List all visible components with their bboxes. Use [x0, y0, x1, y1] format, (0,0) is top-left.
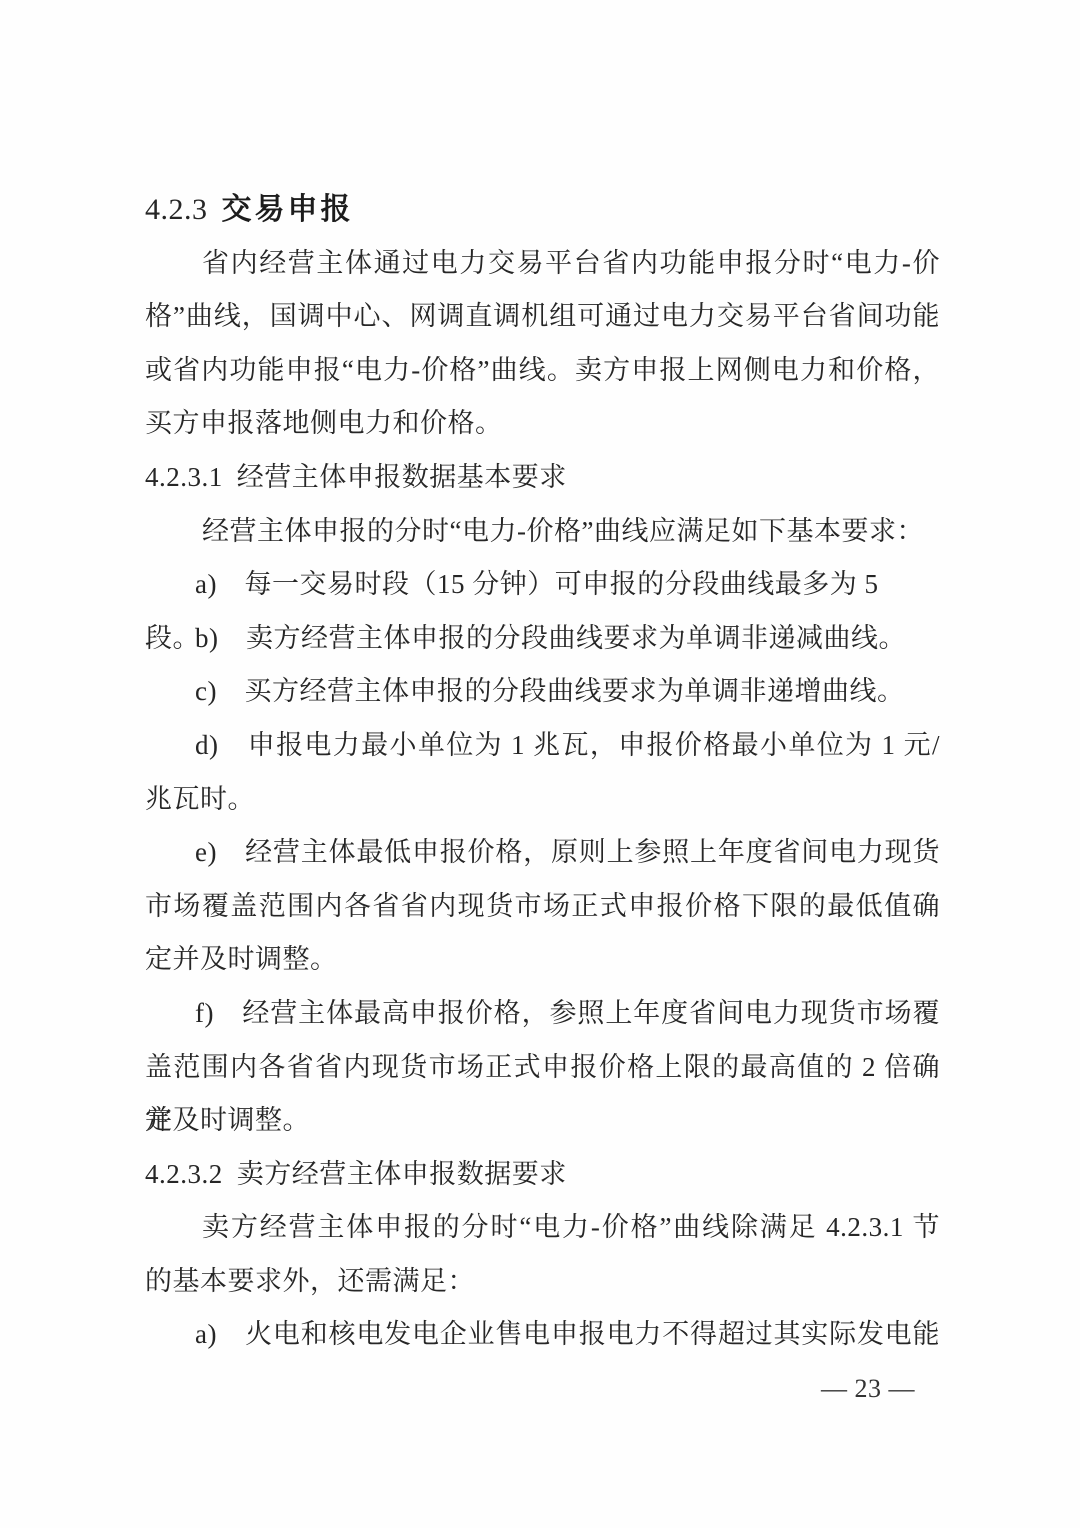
list-item-line: 并及时调整。 — [145, 1094, 940, 1148]
subsection-title: 卖方经营主体申报数据要求 — [237, 1159, 567, 1189]
document-page: 4.2.3交易申报 省内经营主体通过电力交易平台省内功能申报分时“电力-价 格”… — [0, 0, 1080, 1528]
list-item-line: 盖范围内各省省内现货市场正式申报价格上限的最高值的 2 倍确定 — [145, 1041, 940, 1095]
subsection-number: 4.2.3.1 — [145, 462, 223, 492]
subsection-number: 4.2.3.2 — [145, 1159, 223, 1189]
document-content: 4.2.3交易申报 省内经营主体通过电力交易平台省内功能申报分时“电力-价 格”… — [145, 183, 940, 1416]
list-item-line: e) 经营主体最低申报价格，原则上参照上年度省间电力现货 — [145, 826, 940, 880]
text-line: 卖方经营主体申报的分时“电力-价格”曲线除满足 4.2.3.1 节 — [145, 1201, 940, 1255]
list-item-line: a) 火电和核电发电企业售电申报电力不得超过其实际发电能 — [145, 1308, 940, 1362]
text-line: 或省内功能申报“电力-价格”曲线。卖方申报上网侧电力和价格， — [145, 344, 940, 398]
text-line: 省内经营主体通过电力交易平台省内功能申报分时“电力-价 — [145, 237, 940, 291]
subsection-heading: 4.2.3.1经营主体申报数据基本要求 — [145, 451, 940, 505]
list-item-line: b) 卖方经营主体申报的分段曲线要求为单调非递减曲线。 — [145, 612, 940, 666]
text-line: 买方申报落地侧电力和价格。 — [145, 397, 940, 451]
list-item-line: f) 经营主体最高申报价格，参照上年度省间电力现货市场覆 — [145, 987, 940, 1041]
list-item-line: d) 申报电力最小单位为 1 兆瓦，申报价格最小单位为 1 元/ — [145, 719, 940, 773]
page-number: — 23 — — [145, 1362, 940, 1416]
list-item-line: 市场覆盖范围内各省省内现货市场正式申报价格下限的最低值确 — [145, 880, 940, 934]
list-item-line: 定并及时调整。 — [145, 933, 940, 987]
section-number: 4.2.3 — [145, 193, 208, 226]
subsection-title: 经营主体申报数据基本要求 — [237, 462, 567, 492]
text-line: 经营主体申报的分时“电力-价格”曲线应满足如下基本要求： — [145, 505, 940, 559]
section-title: 交易申报 — [222, 193, 354, 226]
subsection-heading: 4.2.3.2卖方经营主体申报数据要求 — [145, 1148, 940, 1202]
list-item-line: a) 每一交易时段（15 分钟）可申报的分段曲线最多为 5 段。 — [145, 558, 940, 612]
section-heading: 4.2.3交易申报 — [145, 183, 940, 237]
list-item-line: 兆瓦时。 — [145, 773, 940, 827]
list-item-line: c) 买方经营主体申报的分段曲线要求为单调非递增曲线。 — [145, 665, 940, 719]
text-line: 的基本要求外，还需满足： — [145, 1255, 940, 1309]
text-line: 格”曲线，国调中心、网调直调机组可通过电力交易平台省间功能 — [145, 290, 940, 344]
